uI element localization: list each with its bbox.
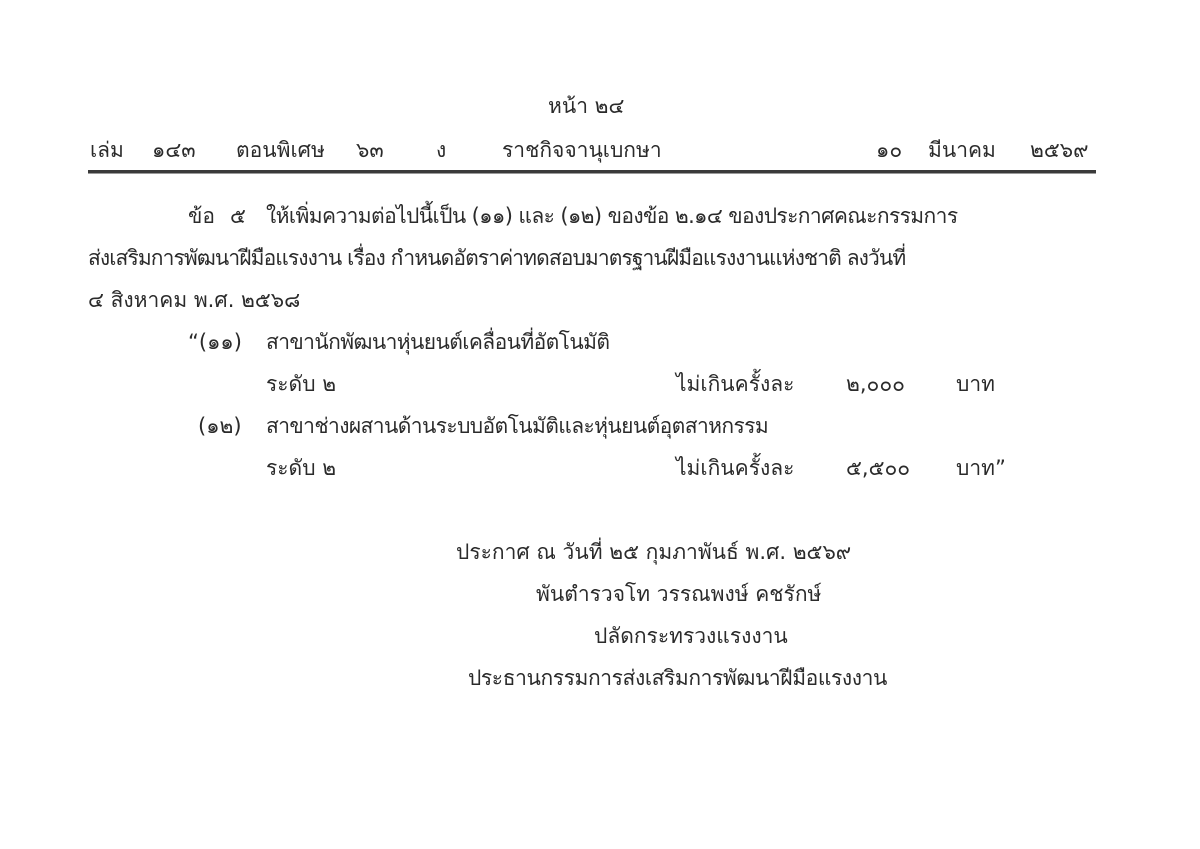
volume-number: ๑๔๓ <box>152 136 196 164</box>
clause-number: ๕ <box>230 202 246 230</box>
volume-label: เล่ม <box>90 136 124 164</box>
signatory-position-2: ประธานกรรมการส่งเสริมการพัฒนาฝีมือแรงงาน <box>468 664 887 692</box>
paragraph-line-3: ๔ สิงหาคม พ.ศ. ๒๕๖๘ <box>88 286 300 314</box>
item-currency: บาท <box>956 370 995 398</box>
clause-label: ข้อ <box>188 202 215 230</box>
announcement-date: ประกาศ ณ วันที่ ๒๕ กุมภาพันธ์ พ.ศ. ๒๕๖๙ <box>456 538 851 566</box>
gazette-name: ราชกิจจานุเบกษา <box>502 136 662 164</box>
item-level: ระดับ ๒ <box>266 454 336 482</box>
gazette-page: หน้า ๒๔ เล่ม ๑๔๓ ตอนพิเศษ ๖๓ ง ราชกิจจาน… <box>0 0 1200 849</box>
item-amount: ๒,๐๐๐ <box>846 370 905 398</box>
issue-number: ๖๓ <box>356 136 384 164</box>
date-day: ๑๐ <box>876 136 902 164</box>
signatory-name: พันตำรวจโท วรรณพงษ์ คชรักษ์ <box>536 580 821 608</box>
item-amount: ๕,๕๐๐ <box>846 454 910 482</box>
date-year: ๒๕๖๙ <box>1030 136 1088 164</box>
page-number: หน้า ๒๔ <box>548 92 624 120</box>
item-limit-label: ไม่เกินครั้งละ <box>676 370 794 398</box>
item-limit-label: ไม่เกินครั้งละ <box>676 454 794 482</box>
item-branch: สาขาช่างผสานด้านระบบอัตโนมัติและหุ่นยนต์… <box>266 412 768 440</box>
paragraph-line-1: ให้เพิ่มความต่อไปนี้เป็น (๑๑) และ (๑๒) ข… <box>266 202 958 230</box>
item-number: (๑๒) <box>198 412 242 440</box>
signatory-position-1: ปลัดกระทรวงแรงงาน <box>594 622 788 650</box>
paragraph-line-2: ส่งเสริมการพัฒนาฝีมือแรงงาน เรื่อง กำหนด… <box>88 244 905 272</box>
issue-label: ตอนพิเศษ <box>236 136 325 164</box>
item-branch: สาขานักพัฒนาหุ่นยนต์เคลื่อนที่อัตโนมัติ <box>266 328 609 356</box>
header-rule <box>88 170 1096 173</box>
item-level: ระดับ ๒ <box>266 370 336 398</box>
date-month: มีนาคม <box>928 136 996 164</box>
issue-type: ง <box>436 136 446 164</box>
item-number: “(๑๑) <box>188 328 242 356</box>
item-currency: บาท” <box>956 454 1006 482</box>
